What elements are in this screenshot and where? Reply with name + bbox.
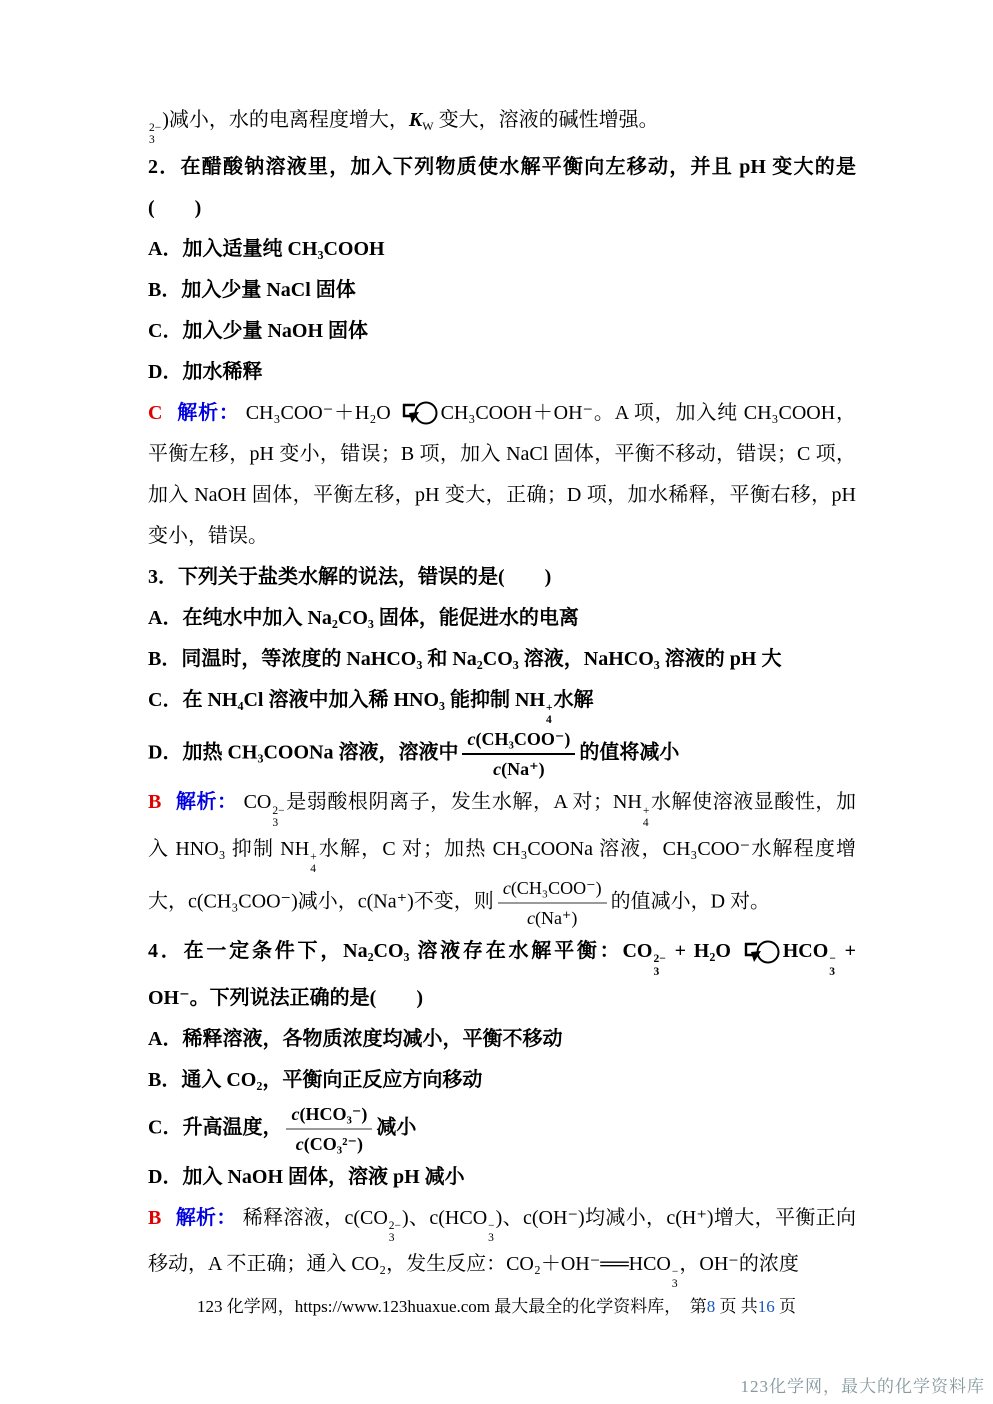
analysis-text-4: HCO — [629, 1253, 671, 1275]
question-2-option-b: B．加入少量 NaCl 固体 — [148, 270, 856, 311]
option-c-text-2: 水解 — [554, 689, 594, 711]
concentration-ratio-fraction: c(HCO₃⁻)c(CO₃²⁻) — [286, 1101, 372, 1157]
concentration-ratio-fraction: c(CH₃COO⁻)c(Na⁺) — [462, 726, 575, 782]
kw-constant: K — [409, 109, 422, 131]
analysis-label: 解析： — [175, 791, 237, 813]
stem-text-1: 4．在一定条件下，Na₂CO₃ 溶液存在水解平衡：CO — [148, 940, 652, 962]
stem-text-3: HCO — [783, 940, 829, 962]
carbonate-ion-charge: 2−3 — [388, 1220, 402, 1244]
footer-site-text: 123 化学网，https://www.123huaxue.com 最大最全的化… — [197, 1297, 707, 1316]
concentration-c: c — [503, 878, 511, 898]
fragment-text-2: 变大，溶液的碱性增强。 — [434, 109, 659, 131]
denominator-species: (Na⁺) — [501, 759, 545, 779]
numerator-species: (CH₃COO⁻) — [511, 878, 602, 898]
carbonate-ion-charge: 2−3 — [148, 122, 162, 146]
double-bond-equals: ══ — [600, 1253, 628, 1275]
question-4-analysis: B解析：稀释溶液，c(CO2−3)、c(HCO−3)、c(OH⁻)均减小，c(H… — [148, 1198, 856, 1291]
reversible-arrow-icon — [741, 939, 781, 967]
question-4-option-c: C．升高温度，c(HCO₃⁻)c(CO₃²⁻)减小 — [148, 1101, 856, 1157]
analysis-text-2: )、c(HCO — [402, 1207, 487, 1229]
page-content: 2−3)减小，水的电离程度增大，KW 变大，溶液的碱性增强。 2．在醋酸钠溶液里… — [148, 100, 856, 1290]
analysis-text-2: 是弱酸根阴离子，发生水解，A 对；NH — [286, 791, 642, 813]
analysis-text-1: 稀释溶液，c(CO — [243, 1207, 388, 1229]
carbonate-ion-charge: 2−3 — [271, 805, 285, 829]
stem-text-2: + H₂O — [667, 940, 739, 962]
reversible-arrow-icon — [399, 400, 439, 428]
option-c-text-2: 减小 — [376, 1116, 416, 1138]
analysis-label: 解析： — [176, 402, 239, 424]
question-2-option-c: C．加入少量 NaOH 固体 — [148, 311, 856, 352]
question-3: 3．下列关于盐类水解的说法，错误的是( ) A．在纯水中加入 Na₂CO₃ 固体… — [148, 557, 856, 931]
question-4-option-b: B．通入 CO₂，平衡向正反应方向移动 — [148, 1060, 856, 1101]
concentration-c: c — [493, 759, 501, 779]
analysis-text-1: CO — [244, 791, 272, 813]
bicarbonate-ion-charge: −3 — [828, 953, 837, 977]
analysis-text-5: ，OH⁻的浓度 — [679, 1253, 798, 1275]
question-3-option-a: A．在纯水中加入 Na₂CO₃ 固体，能促进水的电离 — [148, 598, 856, 639]
ammonium-ion-charge: +4 — [309, 851, 318, 875]
option-d-text-1: D．加热 CH₃COONa 溶液，溶液中 — [148, 742, 458, 764]
footer-total-pages: 16 — [758, 1297, 775, 1316]
question-3-analysis: B解析：CO2−3是弱酸根阴离子，发生水解，A 对；NH+4水解使溶液显酸性，加… — [148, 782, 856, 931]
question-2-option-a: A．加入适量纯 CH₃COOH — [148, 229, 856, 270]
footer-text-2: 页 共 — [715, 1297, 758, 1316]
question-4-stem: 4．在一定条件下，Na₂CO₃ 溶液存在水解平衡：CO2−3 + H₂O HCO… — [148, 931, 856, 1018]
question-4-option-d: D．加入 NaOH 固体，溶液 pH 减小 — [148, 1157, 856, 1198]
answer-letter: B — [148, 1207, 161, 1229]
concentration-ratio-fraction: c(CH₃COO⁻)c(Na⁺) — [498, 875, 607, 931]
fragment-text-1: )减小，水的电离程度增大， — [162, 109, 409, 131]
question-2-stem: 2．在醋酸钠溶液里，加入下列物质使水解平衡向左移动，并且 pH 变大的是( ) — [148, 147, 856, 229]
question-3-option-b: B．同温时，等浓度的 NaHCO₃ 和 Na₂CO₃ 溶液，NaHCO₃ 溶液的… — [148, 639, 856, 680]
bicarbonate-ion-charge: −3 — [487, 1220, 496, 1244]
concentration-c: c — [527, 908, 535, 928]
denominator-species: (Na⁺) — [535, 908, 577, 928]
answer-letter: C — [148, 402, 162, 424]
question-2: 2．在醋酸钠溶液里，加入下列物质使水解平衡向左移动，并且 pH 变大的是( ) … — [148, 147, 856, 557]
watermark-text: 123化学网，最大的化学资料库 — [741, 1372, 986, 1397]
answer-letter: B — [148, 791, 161, 813]
question-3-option-c: C．在 NH₄Cl 溶液中加入稀 HNO₃ 能抑制 NH+4水解 — [148, 680, 856, 726]
ammonium-ion-charge: +4 — [545, 702, 554, 726]
document-page: 2−3)减小，水的电离程度增大，KW 变大，溶液的碱性增强。 2．在醋酸钠溶液里… — [0, 0, 993, 1404]
numerator-species: (CH₃COO⁻) — [475, 729, 570, 749]
question-2-option-d: D．加水稀释 — [148, 352, 856, 393]
footer-text-3: 页 — [775, 1297, 796, 1316]
option-c-text-1: C．在 NH₄Cl 溶液中加入稀 HNO₃ 能抑制 NH — [148, 689, 545, 711]
analysis-label: 解析： — [175, 1207, 236, 1229]
concentration-c: c — [296, 1134, 304, 1154]
option-c-text-1: C．升高温度， — [148, 1116, 282, 1138]
paragraph-fragment: 2−3)减小，水的电离程度增大，KW 变大，溶液的碱性增强。 — [148, 100, 856, 147]
question-2-analysis: C解析：CH₃COO⁻＋H₂O CH₃COOH＋OH⁻。A 项，加入纯 CH₃C… — [148, 393, 856, 557]
denominator-species: (CO₃²⁻) — [304, 1134, 363, 1154]
question-3-stem: 3．下列关于盐类水解的说法，错误的是( ) — [148, 557, 856, 598]
analysis-text-1: CH₃COO⁻＋H₂O — [246, 402, 397, 424]
page-footer: 123 化学网，https://www.123huaxue.com 最大最全的化… — [0, 1292, 993, 1317]
question-4-option-a: A．稀释溶液，各物质浓度均减小，平衡不移动 — [148, 1019, 856, 1060]
analysis-text-5: 的值减小，D 对。 — [611, 891, 770, 913]
option-d-text-2: 的值将减小 — [579, 742, 679, 764]
question-3-option-d: D．加热 CH₃COONa 溶液，溶液中c(CH₃COO⁻)c(Na⁺)的值将减… — [148, 726, 856, 782]
numerator-species: (HCO₃⁻) — [299, 1104, 367, 1124]
footer-page-number: 8 — [707, 1297, 716, 1316]
question-4: 4．在一定条件下，Na₂CO₃ 溶液存在水解平衡：CO2−3 + H₂O HCO… — [148, 931, 856, 1290]
kw-subscript: W — [422, 119, 433, 133]
carbonate-ion-charge: 2−3 — [652, 953, 666, 977]
